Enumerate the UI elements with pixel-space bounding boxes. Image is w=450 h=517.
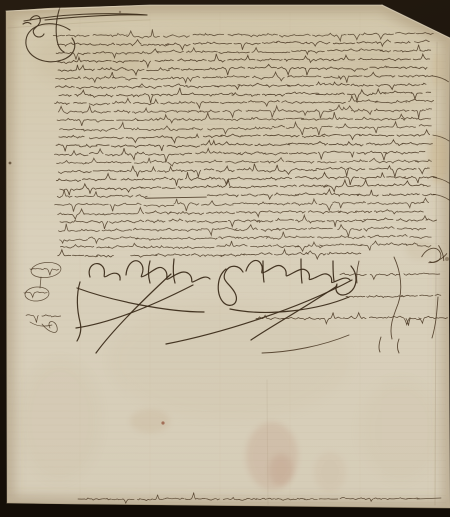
- stain: [269, 454, 293, 486]
- ink-speck: [445, 257, 449, 261]
- ink-speck: [161, 421, 164, 424]
- ink-speck: [119, 11, 121, 13]
- stain: [314, 452, 346, 492]
- stain: [130, 409, 170, 433]
- stain: [406, 240, 434, 260]
- photo-backdrop: [0, 0, 450, 517]
- stain: [429, 132, 447, 184]
- ink-speck: [9, 162, 12, 165]
- manuscript-document: [0, 0, 450, 517]
- stain: [431, 52, 443, 88]
